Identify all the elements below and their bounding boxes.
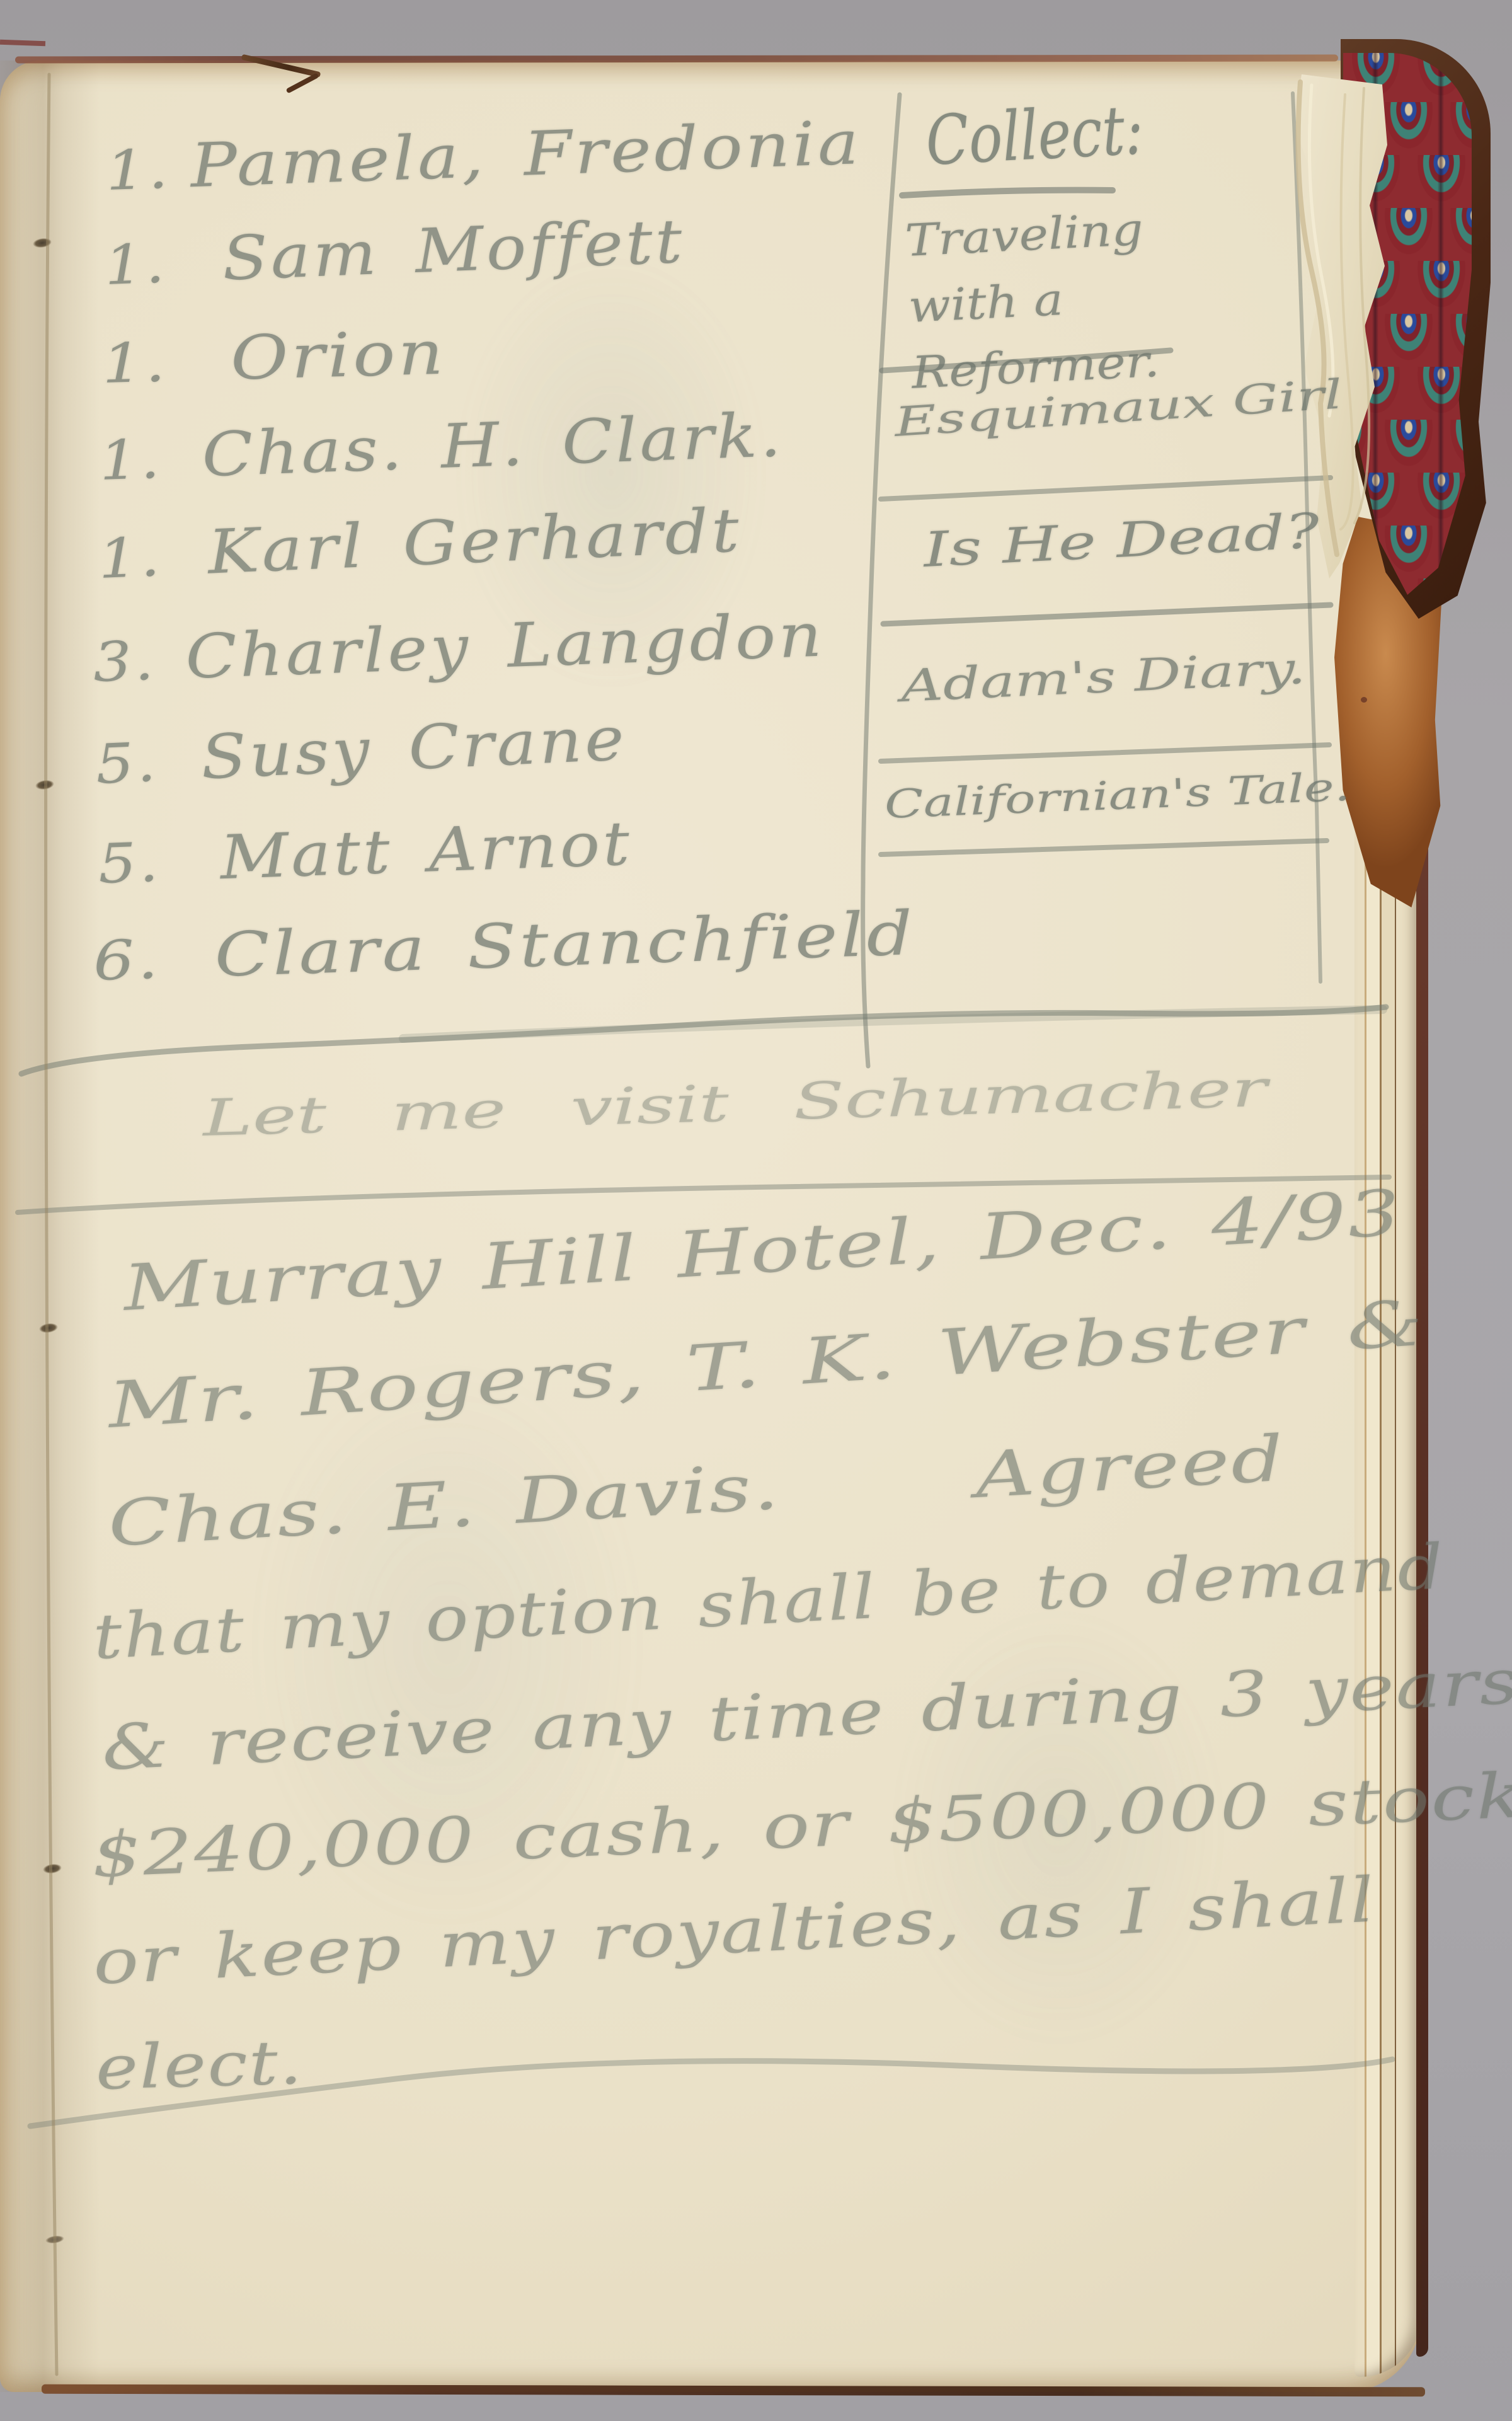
list-item-number: 5. xyxy=(97,831,161,896)
cover-edge-left xyxy=(0,40,45,47)
list-item-number: 1. xyxy=(98,428,163,493)
collect-title: Traveling with a Reformer. xyxy=(903,192,1244,406)
list-item-number: 1. xyxy=(105,137,171,203)
list-item-number: 6. xyxy=(93,928,162,993)
list-item-name: Orion xyxy=(230,318,447,394)
red-fleck xyxy=(1361,697,1367,703)
book-bottom-edge xyxy=(42,2384,1425,2397)
list-item-number: 3. xyxy=(92,630,157,694)
notebook-photo: 1. Pamela, Fredonia 1. Sam Moffett 1. Or… xyxy=(0,0,1512,2421)
list-item-number: 5. xyxy=(94,731,160,796)
list-item-number: 1. xyxy=(103,232,168,297)
list-item: 1. Orion xyxy=(101,318,447,397)
list-item-number: 1. xyxy=(101,331,169,396)
memo-line: elect. xyxy=(94,2027,304,2103)
list-item-number: 1. xyxy=(97,526,164,591)
list-item-name: Matt Arnot xyxy=(219,808,634,893)
collect-header: Collect: xyxy=(924,91,1145,181)
